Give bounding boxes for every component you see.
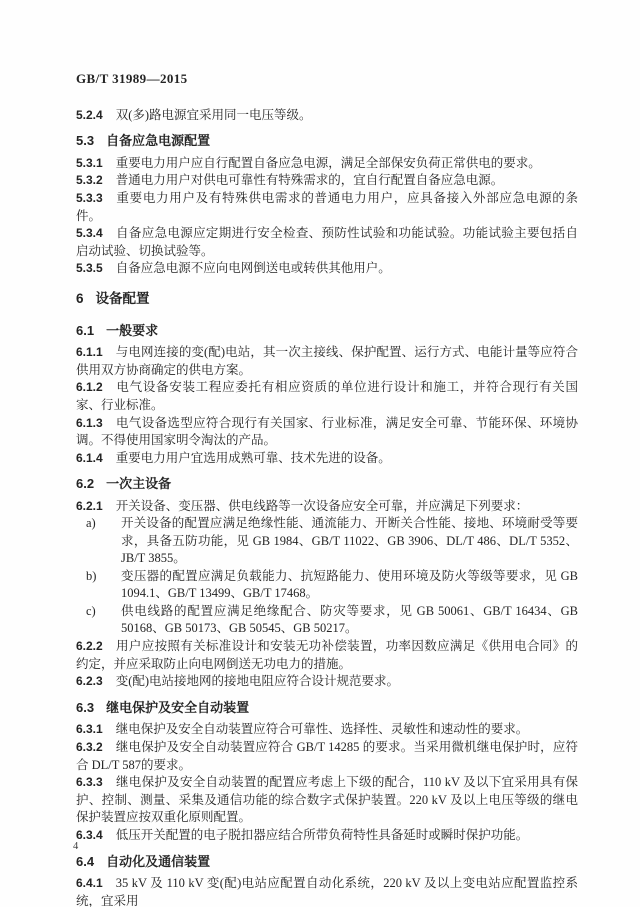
clause: 6.1.4重要电力用户宜选用成熟可靠、技术先进的设备。 bbox=[76, 450, 578, 468]
sub-item: b)变压器的配置应满足负载能力、抗短路能力、使用环境及防火等级等要求，见 GB … bbox=[76, 568, 578, 603]
clause-text: 用户应按照有关标准设计和安装无功补偿装置，功率因数应满足《供用电合同》的约定，并… bbox=[76, 639, 578, 671]
sub-item-label: b) bbox=[86, 568, 96, 586]
chapter-number: 6 bbox=[76, 291, 84, 306]
clause: 5.3.2普通电力用户对供电可靠性有特殊需求的，宜自行配置自备应急电源。 bbox=[76, 172, 578, 190]
clause-number: 6.2.3 bbox=[76, 674, 103, 688]
section-number: 6.1 bbox=[76, 323, 94, 338]
chapter-title: 设备配置 bbox=[96, 291, 150, 306]
sub-item: c)供电线路的配置应满足绝缘配合、防灾等要求，见 GB 50061、GB/T 1… bbox=[76, 603, 578, 638]
section-number: 6.4 bbox=[76, 854, 94, 869]
clause: 6.2.1开关设备、变压器、供电线路等一次设备应安全可靠，并应满足下列要求： bbox=[76, 498, 578, 516]
clause: 6.3.1继电保护及安全自动装置应符合可靠性、选择性、灵敏性和速动性的要求。 bbox=[76, 721, 578, 739]
clause-text: 双(多)路电源宜采用同一电压等级。 bbox=[116, 108, 312, 122]
clause: 6.2.2用户应按照有关标准设计和安装无功补偿装置，功率因数应满足《供用电合同》… bbox=[76, 638, 578, 673]
section-number: 6.2 bbox=[76, 476, 94, 491]
clause-text: 重要电力用户及有特殊供电需求的普通电力用户，应具备接入外部应急电源的条件。 bbox=[76, 191, 578, 223]
clause: 6.1.3电气设备选型应符合现行有关国家、行业标准，满足安全可靠、节能环保、环境… bbox=[76, 415, 578, 450]
sub-item-text: 开关设备的配置应满足绝缘性能、通流能力、开断关合性能、接地、环境耐受等要求，具备… bbox=[121, 516, 578, 565]
clause: 6.1.1与电网连接的变(配)电站，其一次主接线、保护配置、运行方式、电能计量等… bbox=[76, 344, 578, 379]
clause-number: 5.3.5 bbox=[76, 261, 103, 275]
sub-item-label: c) bbox=[86, 603, 96, 621]
clause-number: 5.3.2 bbox=[76, 173, 103, 187]
clause-number: 6.1.1 bbox=[76, 345, 103, 359]
clause-text: 电气设备安装工程应委托有相应资质的单位进行设计和施工，并符合现行有关国家、行业标… bbox=[76, 380, 578, 412]
clause-text: 变(配)电站接地网的接地电阻应符合设计规范要求。 bbox=[116, 674, 399, 688]
clause-text: 普通电力用户对供电可靠性有特殊需求的，宜自行配置自备应急电源。 bbox=[116, 173, 504, 187]
clause-number: 6.1.3 bbox=[76, 416, 103, 430]
clause-text: 与电网连接的变(配)电站，其一次主接线、保护配置、运行方式、电能计量等应符合供用… bbox=[76, 345, 578, 377]
clause: 6.4.135 kV 及 110 kV 变(配)电站应配置自动化系统，220 k… bbox=[76, 875, 578, 907]
section-number: 6.3 bbox=[76, 700, 94, 715]
section-title: 一般要求 bbox=[106, 323, 158, 338]
clause: 5.3.5自备应急电源不应向电网倒送电或转供其他用户。 bbox=[76, 260, 578, 278]
section-title: 自备应急电源配置 bbox=[106, 133, 210, 148]
clause-number: 6.3.2 bbox=[76, 740, 103, 754]
clause-number: 5.3.4 bbox=[76, 226, 103, 240]
clause-text: 开关设备、变压器、供电线路等一次设备应安全可靠，并应满足下列要求： bbox=[116, 499, 529, 513]
clause-number: 6.1.4 bbox=[76, 451, 103, 465]
clause-number: 6.2.1 bbox=[76, 499, 103, 513]
clause: 5.3.1重要电力用户应自行配置自备应急电源，满足全部保安负荷正常供电的要求。 bbox=[76, 155, 578, 173]
clause-text: 继电保护及安全自动装置的配置应考虑上下级的配合，110 kV 及以下宜采用具有保… bbox=[76, 775, 578, 824]
clause: 5.3.4自备应急电源应定期进行安全检查、预防性试验和功能试验。功能试验主要包括… bbox=[76, 225, 578, 260]
section-heading: 6.2一次主设备 bbox=[76, 467, 578, 498]
standard-header: GB/T 31989—2015 bbox=[76, 70, 578, 107]
clause-number: 6.2.2 bbox=[76, 639, 103, 653]
clause-number: 6.1.2 bbox=[76, 380, 103, 394]
clause-number: 6.3.4 bbox=[76, 828, 103, 842]
clause: 6.3.4低压开关配置的电子脱扣器应结合所带负荷特性具备延时或瞬时保护功能。 bbox=[76, 827, 578, 845]
chapter-heading: 6设备配置 bbox=[76, 278, 578, 314]
clause: 5.2.4双(多)路电源宜采用同一电压等级。 bbox=[76, 107, 578, 125]
clause-number: 5.3.3 bbox=[76, 191, 103, 205]
clause: 6.3.3继电保护及安全自动装置的配置应考虑上下级的配合，110 kV 及以下宜… bbox=[76, 774, 578, 827]
section-title: 继电保护及安全自动装置 bbox=[106, 700, 249, 715]
clause-text: 重要电力用户宜选用成熟可靠、技术先进的设备。 bbox=[116, 451, 391, 465]
section-heading: 6.1一般要求 bbox=[76, 314, 578, 345]
section-title: 自动化及通信装置 bbox=[106, 854, 210, 869]
clause: 6.1.2电气设备安装工程应委托有相应资质的单位进行设计和施工，并符合现行有关国… bbox=[76, 379, 578, 414]
sub-item-text: 供电线路的配置应满足绝缘配合、防灾等要求，见 GB 50061、GB/T 164… bbox=[121, 604, 578, 636]
clause-text: 35 kV 及 110 kV 变(配)电站应配置自动化系统，220 kV 及以上… bbox=[76, 876, 578, 907]
sub-item-text: 变压器的配置应满足负载能力、抗短路能力、使用环境及防火等级等要求，见 GB 10… bbox=[121, 569, 578, 601]
clause: 6.2.3变(配)电站接地网的接地电阻应符合设计规范要求。 bbox=[76, 673, 578, 691]
clause-number: 6.3.3 bbox=[76, 775, 103, 789]
sub-item: a)开关设备的配置应满足绝缘性能、通流能力、开断关合性能、接地、环境耐受等要求，… bbox=[76, 515, 578, 568]
document-content: 5.2.4双(多)路电源宜采用同一电压等级。5.3自备应急电源配置5.3.1重要… bbox=[76, 107, 578, 907]
section-title: 一次主设备 bbox=[106, 476, 171, 491]
clause-number: 6.4.1 bbox=[76, 876, 103, 890]
sub-item-label: a) bbox=[86, 515, 96, 533]
clause-number: 5.2.4 bbox=[76, 108, 103, 122]
section-heading: 5.3自备应急电源配置 bbox=[76, 124, 578, 155]
clause-number: 6.3.1 bbox=[76, 722, 103, 736]
clause: 5.3.3重要电力用户及有特殊供电需求的普通电力用户，应具备接入外部应急电源的条… bbox=[76, 190, 578, 225]
clause-number: 5.3.1 bbox=[76, 156, 103, 170]
section-number: 5.3 bbox=[76, 133, 94, 148]
clause: 6.3.2继电保护及安全自动装置应符合 GB/T 14285 的要求。当采用微机… bbox=[76, 739, 578, 774]
clause-text: 低压开关配置的电子脱扣器应结合所带负荷特性具备延时或瞬时保护功能。 bbox=[116, 828, 529, 842]
section-heading: 6.4自动化及通信装置 bbox=[76, 845, 578, 876]
clause-text: 继电保护及安全自动装置应符合可靠性、选择性、灵敏性和速动性的要求。 bbox=[116, 722, 529, 736]
section-heading: 6.3继电保护及安全自动装置 bbox=[76, 691, 578, 722]
document-page: GB/T 31989—2015 5.2.4双(多)路电源宜采用同一电压等级。5.… bbox=[0, 0, 640, 907]
page-number: 4 bbox=[73, 838, 78, 856]
clause-text: 继电保护及安全自动装置应符合 GB/T 14285 的要求。当采用微机继电保护时… bbox=[76, 740, 578, 772]
clause-text: 重要电力用户应自行配置自备应急电源，满足全部保安负荷正常供电的要求。 bbox=[116, 156, 541, 170]
clause-text: 电气设备选型应符合现行有关国家、行业标准，满足安全可靠、节能环保、环境协调。不得… bbox=[76, 416, 578, 448]
clause-text: 自备应急电源不应向电网倒送电或转供其他用户。 bbox=[116, 261, 391, 275]
clause-text: 自备应急电源应定期进行安全检查、预防性试验和功能试验。功能试验主要包括自启动试验… bbox=[76, 226, 578, 258]
